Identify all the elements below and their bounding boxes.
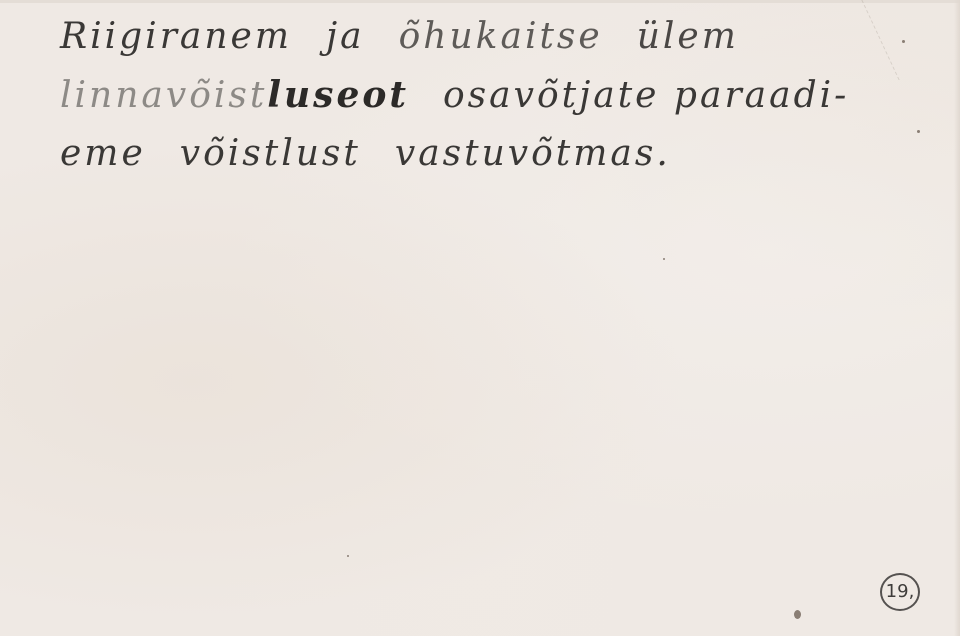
card-top-edge [0,0,960,3]
caption-line-3: emevõistlustvastuvõtmas. [60,125,880,183]
caption-word: ja [326,16,365,57]
caption-line-1: Riigiranemjaõhukaitseülem [60,8,880,66]
caption-word: luseot [267,74,409,116]
caption-word: võistlust [180,133,361,174]
caption-word: Riigiranem [60,16,292,57]
caption-line-2: linnavõistluseotosavõtjate paraadi- [60,66,880,125]
caption-word: vastuvõtmas. [395,133,671,174]
dust-speck [917,130,920,133]
dust-speck [347,555,349,557]
circled-page-number: 19, [880,573,920,611]
caption-word: õhukaitse [399,16,603,57]
dust-speck [902,40,905,43]
ink-spot [794,610,801,619]
handwritten-caption: Riigiranemjaõhukaitseülem linnavõistluse… [60,8,880,183]
dust-speck [663,258,665,260]
card-right-edge [954,0,960,636]
caption-word: eme [60,133,146,174]
caption-word: ülem [637,16,739,57]
caption-word: osavõtjate paraadi- [443,75,849,116]
caption-faint-word: linnavõist [60,75,267,116]
photo-back-card: Riigiranemjaõhukaitseülem linnavõistluse… [0,0,960,636]
